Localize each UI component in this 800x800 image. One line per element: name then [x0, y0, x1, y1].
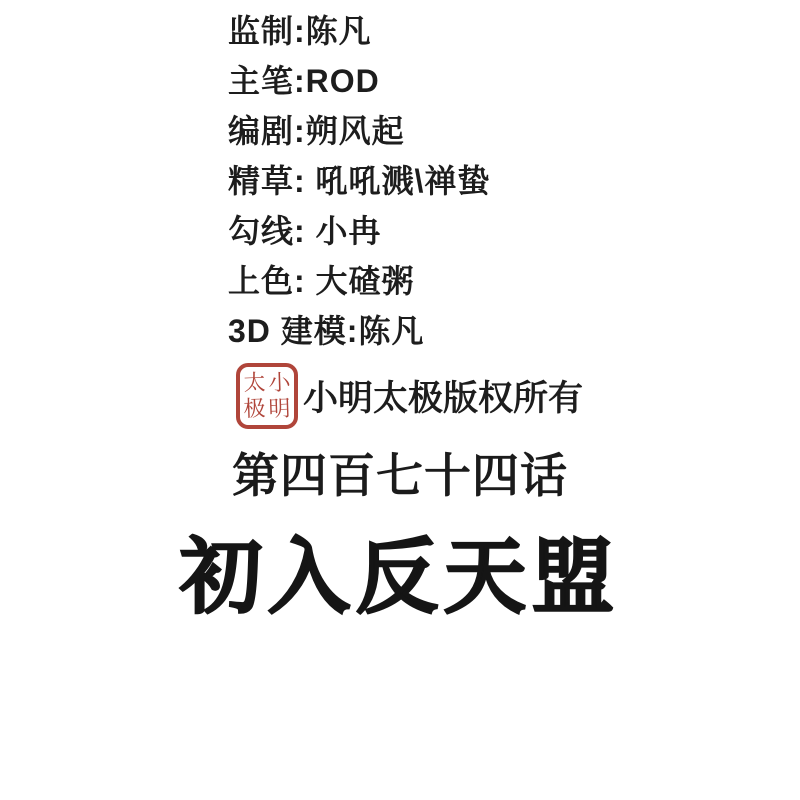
- credit-line-screenwriter: 编剧:朔风起: [228, 106, 490, 156]
- copyright-text: 小明太极版权所有: [303, 371, 583, 421]
- chapter-number: 第四百七十四话: [0, 450, 800, 502]
- seal-char-top-right: 小: [267, 370, 293, 397]
- seal-char-bottom-right: 明: [267, 396, 293, 423]
- credit-line-coloring: 上色: 大碴粥: [228, 256, 490, 306]
- credit-line-line-art: 勾线: 小冉: [228, 206, 490, 256]
- seal-char-top-left: 太: [242, 370, 268, 397]
- credit-line-rough-draft: 精草: 吼吼溅\禅蛰: [228, 156, 490, 206]
- copyright-row: 太 小 极 明 小明太极版权所有: [236, 363, 583, 429]
- seal-char-bottom-left: 极: [242, 396, 268, 423]
- credit-line-lead-artist: 主笔:ROD: [228, 56, 490, 106]
- credit-line-3d-modeling: 3D 建模:陈凡: [228, 306, 490, 356]
- red-seal-stamp-icon: 太 小 极 明: [236, 363, 298, 429]
- credits-list: 监制:陈凡 主笔:ROD 编剧:朔风起 精草: 吼吼溅\禅蛰 勾线: 小冉 上色…: [228, 6, 490, 356]
- credit-line-supervisor: 监制:陈凡: [228, 6, 490, 56]
- comic-credits-page: 监制:陈凡 主笔:ROD 编剧:朔风起 精草: 吼吼溅\禅蛰 勾线: 小冉 上色…: [0, 0, 800, 800]
- chapter-title: 初入反天盟: [0, 533, 800, 623]
